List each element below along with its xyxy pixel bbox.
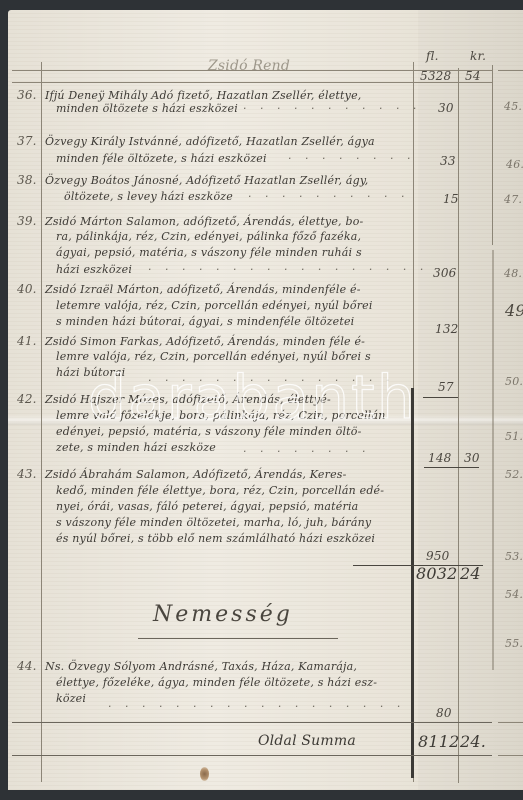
entry-line: öltözete, s levey házi eszköze [64,190,233,203]
section-title-nemesseg: Nemesség [153,608,293,621]
entry-number: 42. [17,393,37,406]
section-title-underline [138,638,338,639]
page-total-label: Oldal Summa [258,735,356,748]
carried-over-kreuzer: 54 [465,70,481,83]
leader-dots: · · · · · · · · · · [248,190,409,203]
section-heading: Zsidó Rend [208,60,290,73]
total-rule-bottom [12,755,492,756]
side-number: 54. [505,588,523,601]
side-number: 47. [504,193,522,206]
entry-number: 41. [17,335,37,348]
right-column-rule [492,65,493,245]
total-rule-top [12,722,492,723]
entry-line: Zsidó Ábrahám Salamon, Adófizető, Árendá… [45,468,347,481]
subtotal-florin: 8032 [416,567,458,580]
entry-line: nyei, órái, vasas, fáló peterei, ágyai, … [56,500,358,513]
entry-line: Zsidó Márton Salamon, adófizető, Árendás… [45,215,363,228]
entry-line: közei [56,692,86,705]
margin-rule [41,62,42,782]
page-total-kreuzer: 24. [460,735,486,748]
leader-dots: · · · · · · · · · · · [243,102,421,115]
total-rule-bottom-right [498,755,523,756]
side-number: 48. [504,267,522,280]
carried-over-florin: 5328 [420,70,451,83]
entry-florin: 148 [428,452,452,465]
entry-florin: 33 [440,155,456,168]
watermark-text: darabanth [88,368,417,428]
side-number: 49. [505,304,523,317]
side-number: 55. [505,637,523,650]
entry-line: Özvegy Király Istvánné, adófizető, Hazat… [45,135,375,148]
total-rule-right [498,722,523,723]
currency-kreuzer-header: kr. [470,50,486,63]
entry-line: Özvegy Boátos Jánosné, Adófizető Hazatla… [45,174,369,187]
amount-underline [424,467,479,468]
paper-stain [200,767,209,781]
kreuzer-column-rule [458,68,459,783]
side-number: 51. [505,430,523,443]
paper-crease [492,250,494,670]
side-number: 45. [504,100,522,113]
entry-kreuzer: 30 [464,452,480,465]
leader-dots: · · · · · · · · · · · · · · · · · · [108,700,405,713]
entry-line: s minden házi bútorai, ágyai, s mindenfé… [56,315,354,328]
entry-florin: 15 [443,193,459,206]
entry-line: Zsidó Izraël Márton, adófizető, Árendás,… [45,283,361,296]
entry-line: Zsidó Simon Farkas, Adófizető, Árendás, … [45,335,365,348]
entry-line: ágyai, pepsió, matéria, s vászony féle m… [56,246,362,259]
entry-line: lemre valója, réz, Czin, porcellán edény… [56,350,371,363]
bold-column-rule [411,388,414,778]
entry-florin: 80 [436,707,452,720]
entry-line: Ns. Özvegy Sólyom Andrásné, Taxás, Háza,… [45,660,357,673]
subtotal-kreuzer: 24 [460,567,481,580]
leader-dots: · · · · · · · · [243,445,370,458]
entry-florin: 132 [435,323,459,336]
amount-underline [423,397,458,398]
entry-line: házi eszközei [56,263,132,276]
entry-number: 40. [17,283,37,296]
entry-line: zete, s minden házi eszköze [56,441,216,454]
entry-line: élettye, főzeléke, ágya, minden féle ölt… [56,676,377,689]
entry-line: és nyúl bőrei, s több elő nem számlálhat… [56,532,375,545]
entry-florin: 950 [426,550,450,563]
entry-line: minden öltözete s házi eszközei [56,102,238,115]
side-number: 50. [505,375,523,388]
page-total-florin: 8112 [418,735,460,748]
entry-number: 44. [17,660,37,673]
currency-florin-header: fl. [426,50,439,63]
entry-number: 36. [17,89,37,102]
page-right-strip [418,10,523,790]
entry-florin: 30 [438,102,454,115]
side-number: 52. [505,468,523,481]
entry-line: minden féle öltözete, s házi eszközei [56,152,267,165]
side-number: 46. [506,158,523,171]
side-number: 53. [505,550,523,563]
entry-number: 39. [17,215,37,228]
entry-line: ra, pálinkája, réz, Czin, edényei, pálin… [56,230,361,243]
leader-dots: · · · · · · · · [288,152,415,165]
entry-florin: 306 [433,267,457,280]
entry-number: 37. [17,135,37,148]
entry-line: s vászony féle minden öltözetei, marha, … [56,516,371,529]
entry-florin: 57 [438,381,454,394]
header-rule-right [498,70,523,71]
entry-number: 38. [17,174,37,187]
entry-number: 43. [17,468,37,481]
entry-line: letemre valója, réz, Czin, porcellán edé… [56,299,373,312]
entry-line: Ifjú Deneÿ Mihály Adó fizető, Hazatlan Z… [45,89,362,102]
entry-line: kedő, minden féle élettye, bora, réz, Cz… [56,484,384,497]
leader-dots: · · · · · · · · · · · · · · · · · [148,263,428,276]
